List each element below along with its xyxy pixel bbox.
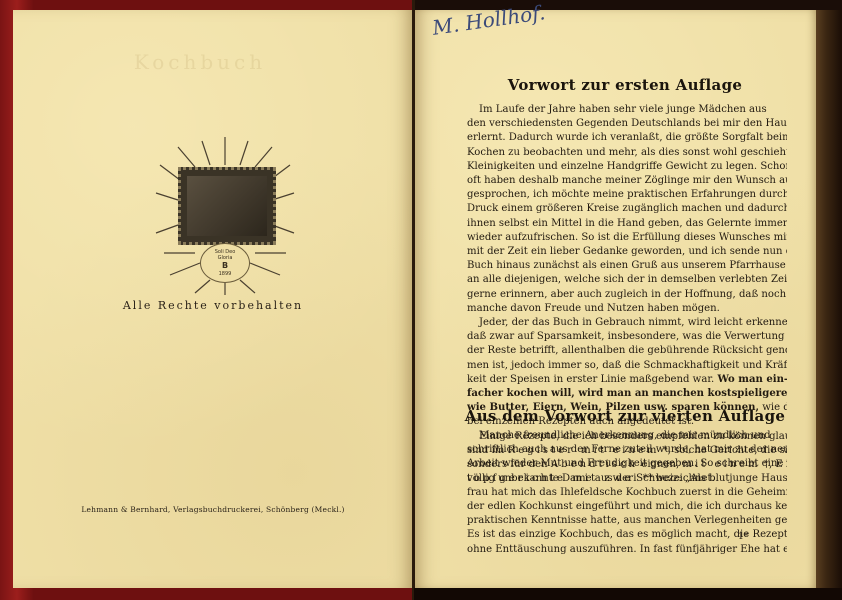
text-line: Im Laufe der Jahre haben sehr viele jung…: [467, 103, 787, 117]
text-line: an alle diejenigen, welche sich der in d…: [467, 273, 787, 287]
text-line: frau hat mich das Ihlefeldsche Kochbuch …: [467, 486, 787, 500]
rights-notice: Alle Rechte vorbehalten: [13, 299, 413, 312]
text-line: praktischen Kenntnisse hatte, aus manche…: [467, 514, 787, 528]
bleed-through-text: Kochbuch: [100, 50, 300, 74]
page-number: 1*: [738, 532, 748, 542]
seal-emblem: Soli Deo Gloria B 1899: [200, 243, 250, 283]
text-line: den verschiedensten Gegenden Deutschland…: [467, 117, 787, 131]
text-line: daß zwar auf Sparsamkeit, insbesondere, …: [467, 330, 787, 344]
seal-monogram: B: [222, 261, 228, 271]
printer-vignette: Soli Deo Gloria B 1899: [150, 135, 300, 295]
seal-year: 1899: [219, 271, 232, 277]
text-fragment: keit der Speisen in erster Linie maßgebe…: [467, 374, 714, 385]
background-bottom: [414, 588, 842, 600]
text-line: Manche freundliche Anerkennung, die mir …: [467, 429, 787, 443]
text-line: men ist, jedoch immer so, daß die Schmac…: [467, 359, 787, 373]
text-line: ihnen selbst ein Mittel in die Hand gebe…: [467, 217, 787, 231]
text-line: der Reste betrifft, allenthalben die geb…: [467, 344, 787, 358]
bold-text: Wo man ein-: [718, 374, 788, 385]
text-line: Druck einem größeren Kreise zugänglich m…: [467, 202, 787, 216]
bold-text-line: facher kochen will, wird man an manchen …: [467, 387, 787, 401]
text-line: oft haben deshalb manche meiner Zöglinge…: [467, 174, 787, 188]
printer-imprint: Lehmann & Bernhard, Verlagsbuchdruckerei…: [13, 505, 413, 514]
text-line: gesprochen, ich möchte meine praktischen…: [467, 188, 787, 202]
text-line: Jeder, der das Buch in Gebrauch nimmt, w…: [467, 316, 787, 330]
page-edges: [816, 10, 842, 600]
text-line: Kochen zu beobachten und mehr, als dies …: [467, 146, 787, 160]
text-line: mit der Zeit ein lieber Gedanke geworden…: [467, 245, 787, 259]
text-line: der edlen Kochkunst eingeführt und mich,…: [467, 500, 787, 514]
heading-first-edition-foreword: Vorwort zur ersten Auflage: [460, 76, 790, 94]
text-line: schriftlich auch aus der Ferne zuteil wu…: [467, 443, 787, 457]
text-line: Buch hinaus zunächst als einen Gruß aus …: [467, 259, 787, 273]
text-line: manche davon Freude und Nutzen haben mög…: [467, 302, 787, 316]
scholar-engraving: [178, 167, 276, 245]
text-line: keit der Speisen in erster Linie maßgebe…: [467, 373, 787, 387]
text-line: völlig unbekannte Dame aus der Schweiz: …: [467, 472, 787, 486]
text-line: Arbeit wieder Mut und Freudigkeit gegebe…: [467, 457, 787, 471]
text-line: ohne Enttäuschung auszuführen. In fast f…: [467, 543, 787, 557]
text-line: wieder aufzufrischen. So ist die Erfüllu…: [467, 231, 787, 245]
text-line: erlernt. Dadurch wurde ich veranlaßt, di…: [467, 131, 787, 145]
heading-fourth-edition-foreword: Aus dem Vorwort zur vierten Auflage: [460, 407, 790, 425]
text-line: Kleinigkeiten und einzelne Handgriffe Ge…: [467, 160, 787, 174]
text-line: gerne erinnern, aber auch zugleich in de…: [467, 288, 787, 302]
